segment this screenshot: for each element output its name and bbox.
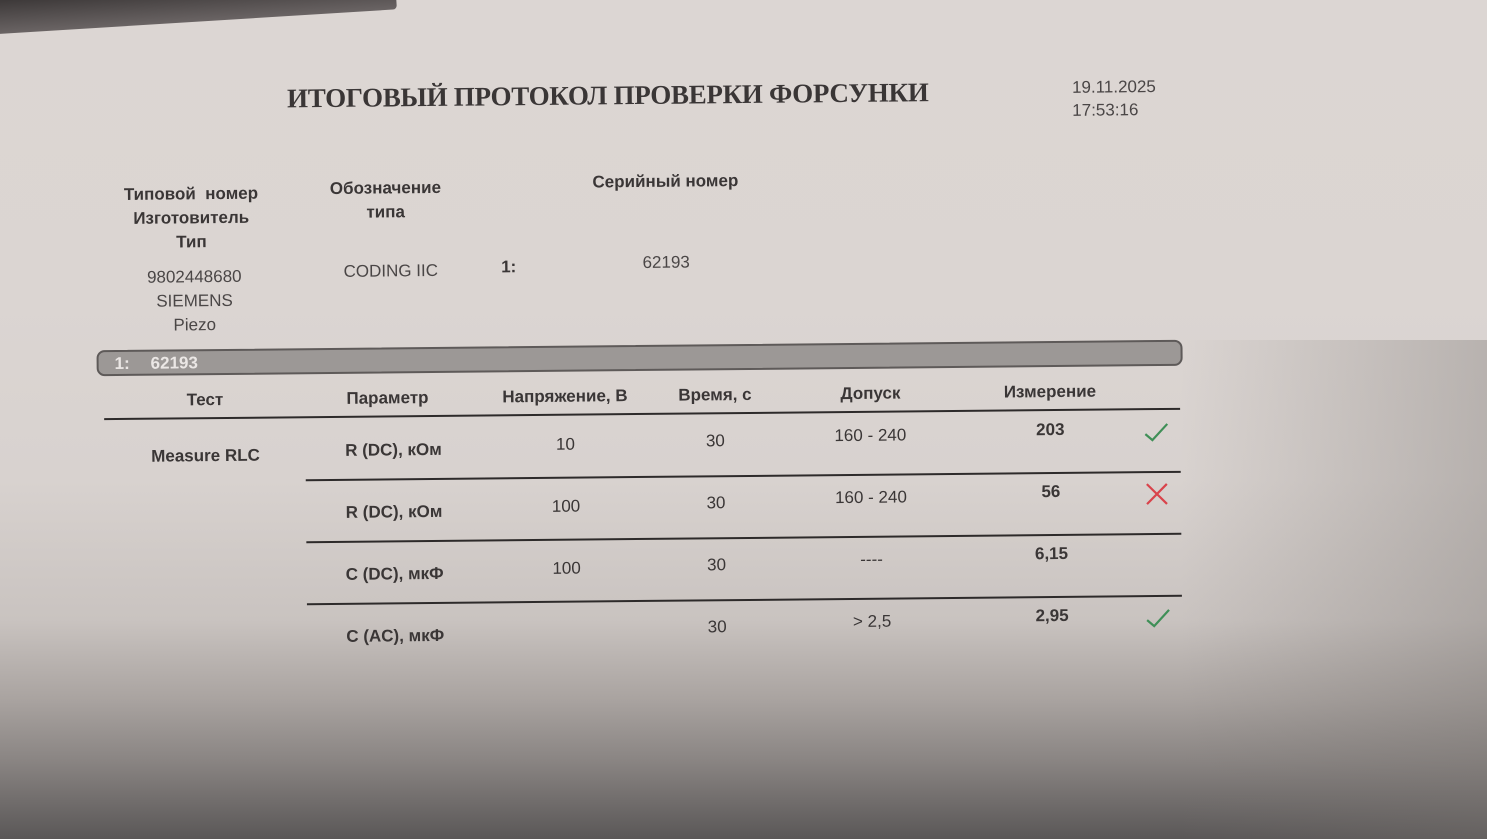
cross-icon — [1144, 481, 1170, 507]
document-datetime: 19.11.2025 17:53:16 — [1072, 75, 1156, 122]
cell-measurement: 203 — [1000, 420, 1100, 441]
row-divider — [307, 595, 1182, 605]
designation-label-line2: типа — [308, 200, 463, 225]
serial-bar-number: 62193 — [151, 353, 198, 373]
cell-parameter: C (AC), мкФ — [320, 626, 470, 647]
column-header-time: Время, с — [660, 385, 770, 406]
type-number-value: 9802448680 — [117, 265, 272, 290]
protocol-page: ИТОГОВЫЙ ПРОТОКОЛ ПРОВЕРКИ ФОРСУНКИ 19.1… — [0, 0, 1487, 839]
cell-time: 30 — [671, 555, 761, 576]
document-date: 19.11.2025 — [1072, 75, 1156, 99]
row-divider — [306, 471, 1181, 481]
column-header-parameter: Параметр — [320, 388, 455, 409]
cell-voltage: 10 — [515, 434, 615, 455]
check-icon — [1143, 419, 1169, 445]
serial-section-bar: 1: 62193 — [96, 340, 1182, 376]
serial-number-header: Серийный номер — [568, 169, 763, 195]
designation-label-line1: Обозначение — [308, 176, 463, 201]
cell-parameter: C (DC), мкФ — [320, 564, 470, 585]
cell-tolerance: > 2,5 — [807, 611, 937, 632]
designation-header: Обозначение типа — [308, 176, 463, 225]
cell-measurement: 2,95 — [1002, 606, 1102, 627]
cell-time: 30 — [672, 617, 762, 638]
cell-parameter: R (DC), кОм — [319, 502, 469, 523]
serial-bar-index: 1: — [115, 354, 130, 374]
document-title: ИТОГОВЫЙ ПРОТОКОЛ ПРОВЕРКИ ФОРСУНКИ — [287, 77, 929, 114]
manufacturer-value: SIEMENS — [117, 289, 272, 314]
cell-parameter: R (DC), кОм — [318, 440, 468, 461]
cell-tolerance: 160 - 240 — [806, 487, 936, 508]
type-number-label: Типовой номер — [106, 181, 276, 207]
cell-measurement: 56 — [1001, 482, 1101, 503]
serial-index: 1: — [497, 255, 521, 279]
column-header-voltage: Напряжение, В — [480, 386, 650, 408]
cell-voltage — [517, 620, 617, 621]
manufacturer-label: Изготовитель — [106, 205, 276, 231]
cell-measurement: 6,15 — [1001, 544, 1101, 565]
cell-time: 30 — [671, 493, 761, 514]
cell-time: 30 — [670, 431, 760, 452]
cell-test — [132, 569, 282, 570]
check-icon — [1145, 605, 1171, 631]
cell-test — [131, 507, 281, 508]
cell-test: Measure RLC — [130, 445, 280, 466]
cell-test — [132, 631, 282, 632]
paper-edge-shadow — [0, 0, 397, 35]
cell-voltage: 100 — [516, 496, 616, 517]
designation-value: CODING IIC — [321, 259, 461, 284]
type-label: Тип — [106, 229, 276, 255]
type-value: Piezo — [117, 313, 272, 338]
column-header-measurement: Измерение — [975, 381, 1125, 402]
type-manufacturer-values: 9802448680 SIEMENS Piezo — [117, 265, 273, 338]
document-time: 17:53:16 — [1072, 98, 1156, 122]
type-manufacturer-header: Типовой номер Изготовитель Тип — [106, 181, 277, 255]
row-divider — [306, 533, 1181, 543]
cell-tolerance: ---- — [806, 549, 936, 570]
column-header-test: Тест — [150, 390, 260, 411]
header-divider — [104, 408, 1180, 420]
column-header-tolerance: Допуск — [808, 383, 933, 404]
cell-tolerance: 160 - 240 — [805, 425, 935, 446]
serial-number-value: 62193 — [619, 250, 714, 275]
cell-voltage: 100 — [517, 558, 617, 579]
